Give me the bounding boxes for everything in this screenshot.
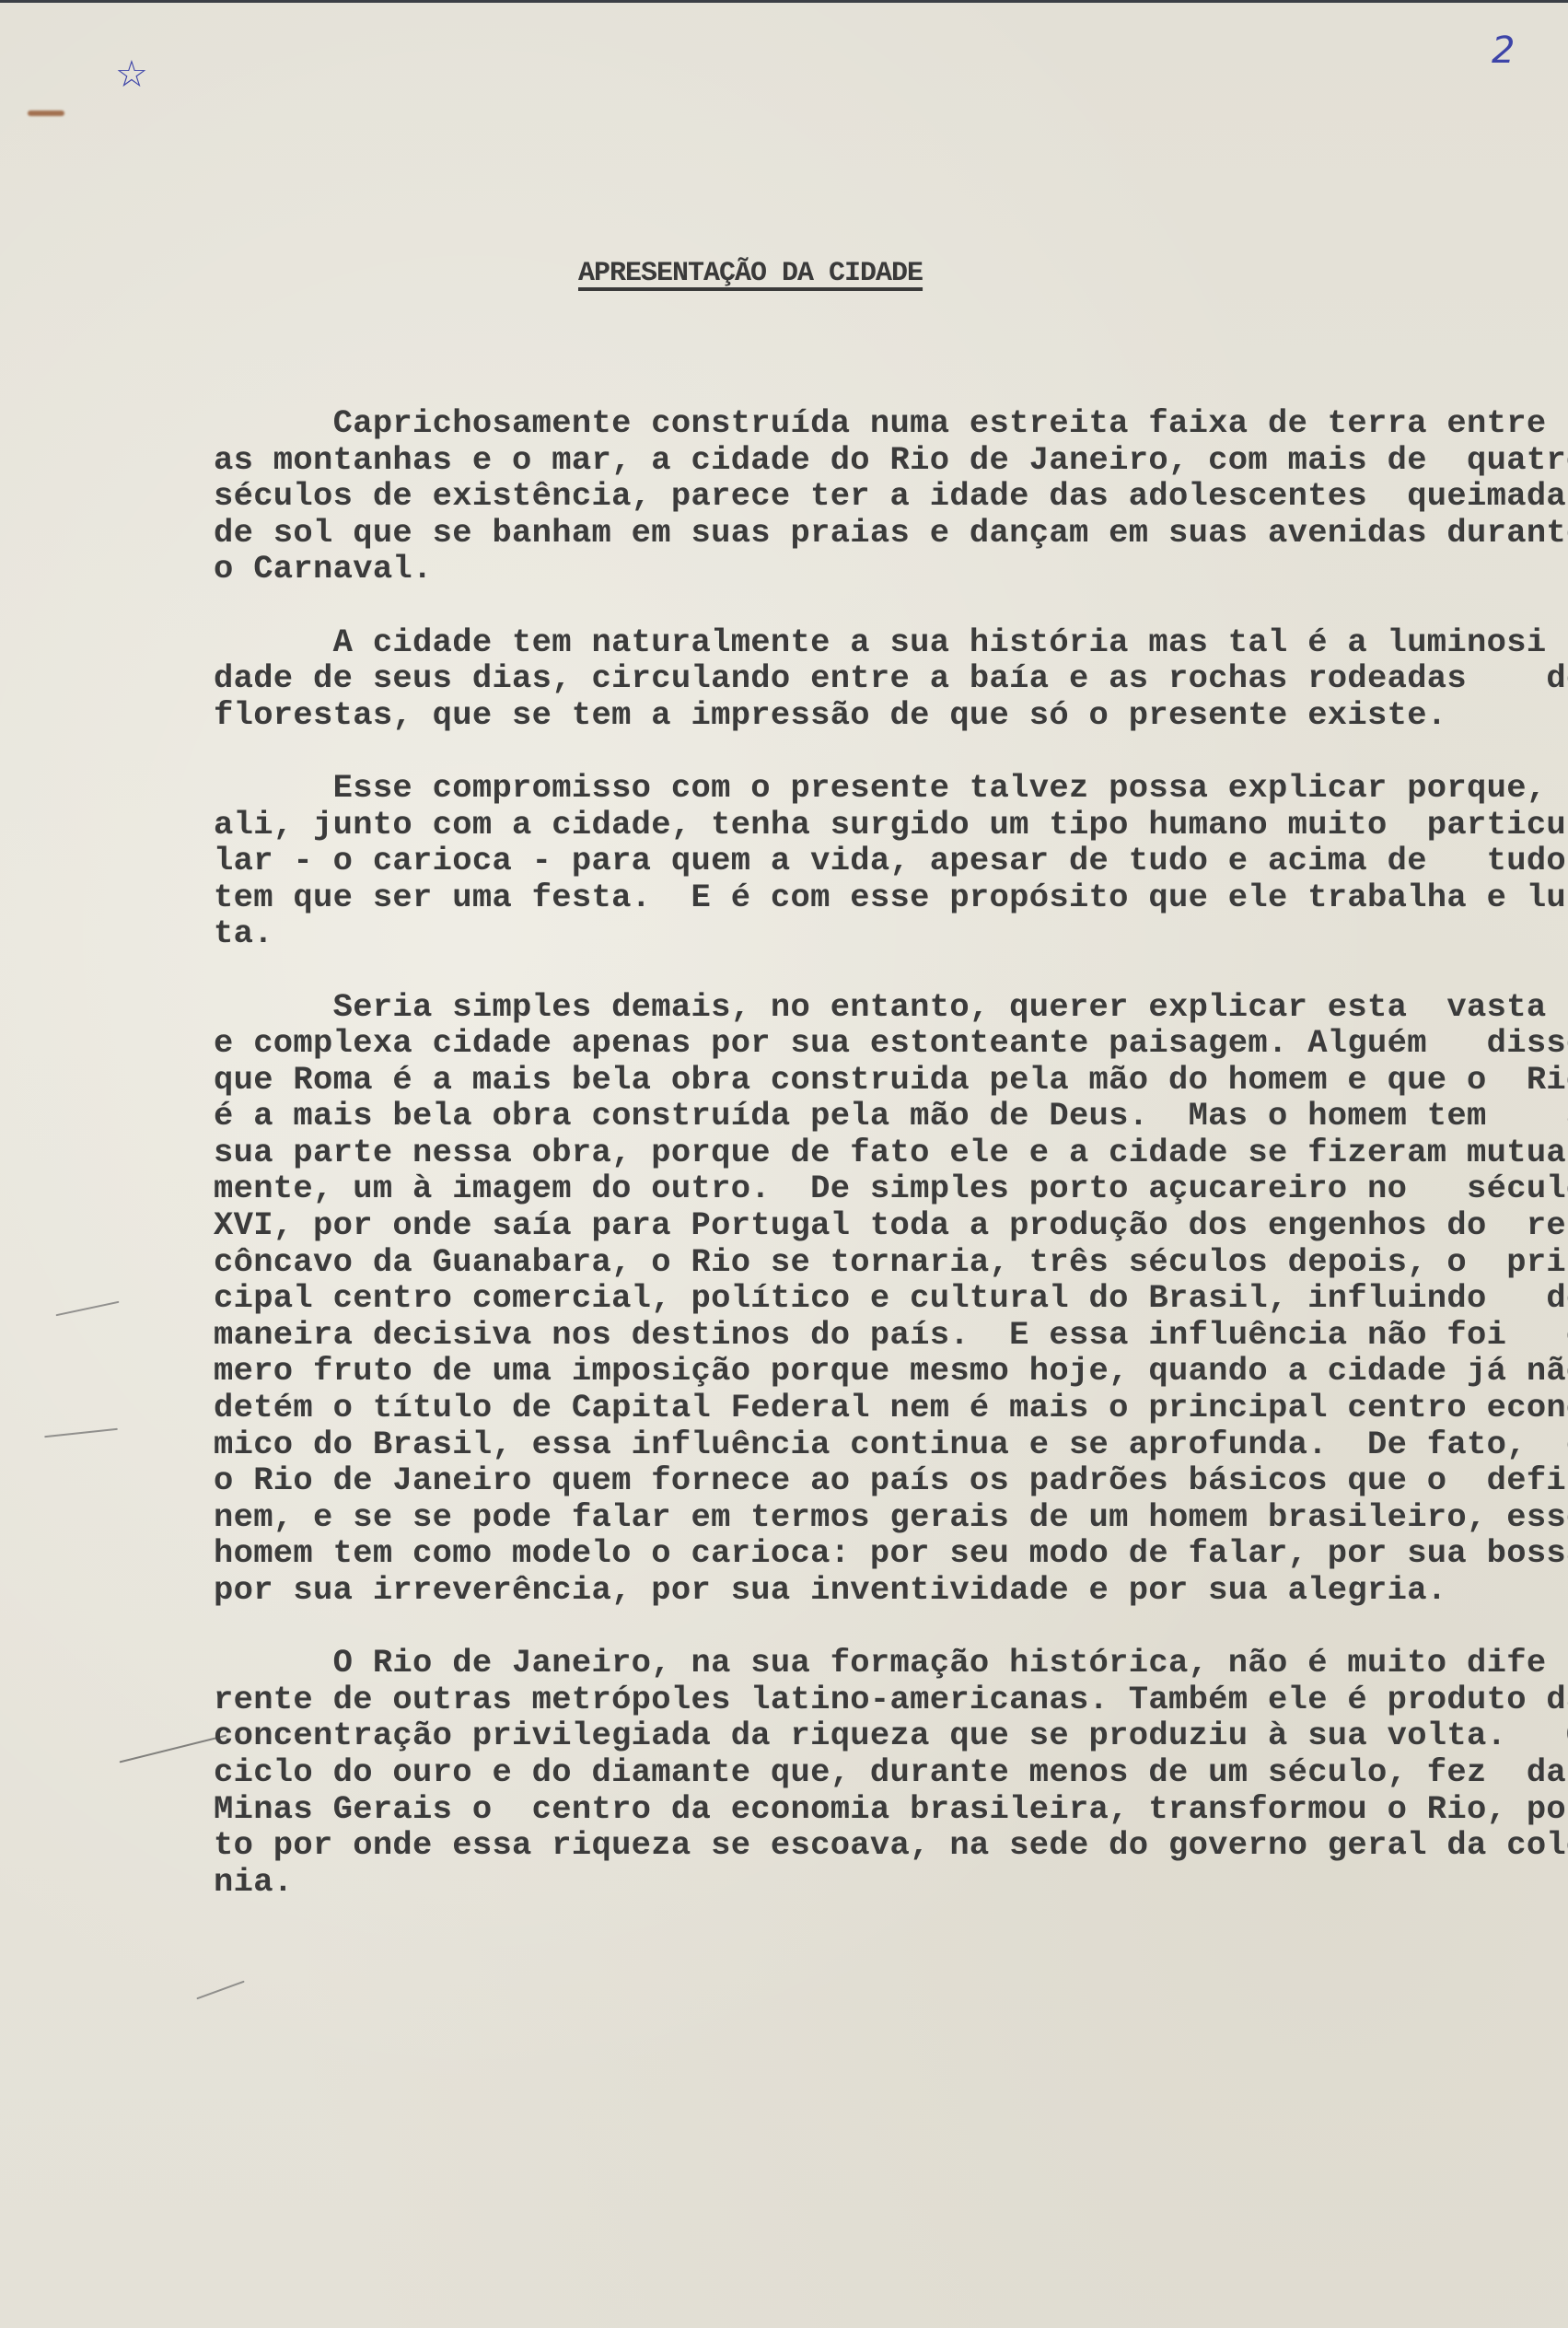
paragraph: O Rio de Janeiro, na sua formação histór… [214,1645,1484,1900]
text-line: detém o título de Capital Federal nem é … [214,1390,1484,1426]
rust-stain [28,111,64,116]
text-line: ali, junto com a cidade, tenha surgido u… [214,807,1484,844]
text-line: lar - o carioca - para quem a vida, apes… [214,843,1484,879]
paragraph: Esse compromisso com o presente talvez p… [214,770,1484,952]
text-line: nem, e se se pode falar em termos gerais… [214,1499,1484,1536]
text-line: o Rio de Janeiro quem fornece ao país os… [214,1462,1484,1499]
text-line: mente, um à imagem do outro. De simples … [214,1170,1484,1207]
handwritten-star-icon: ☆ [115,53,148,96]
handwritten-page-number: 2 [1492,29,1515,72]
text-line: Caprichosamente construída numa estreita… [214,405,1484,442]
text-line: mico do Brasil, essa influência continua… [214,1426,1484,1463]
paragraph: Seria simples demais, no entanto, querer… [214,989,1484,1609]
text-line: homem tem como modelo o carioca: por seu… [214,1535,1484,1572]
text-line: que Roma é a mais bela obra construida p… [214,1062,1484,1099]
text-line: ta. [214,915,1484,952]
text-line: nia. [214,1864,1484,1901]
scan-top-edge [0,0,1568,3]
text-line: côncavo da Guanabara, o Rio se tornaria,… [214,1244,1484,1281]
text-line: o Carnaval. [214,551,1484,588]
text-line: e complexa cidade apenas por sua estonte… [214,1025,1484,1062]
document-title: APRESENTAÇÃO DA CIDADE [578,258,923,289]
paragraph: A cidade tem naturalmente a sua história… [214,624,1484,734]
text-line: ciclo do ouro e do diamante que, durante… [214,1754,1484,1791]
text-line: de sol que se banham em suas praias e da… [214,515,1484,552]
text-line: sua parte nessa obra, porque de fato ele… [214,1135,1484,1171]
text-line: cipal centro comercial, político e cultu… [214,1280,1484,1317]
text-line: to por onde essa riqueza se escoava, na … [214,1827,1484,1864]
text-line: A cidade tem naturalmente a sua história… [214,624,1484,661]
text-line: florestas, que se tem a impressão de que… [214,697,1484,734]
text-line: é a mais bela obra construída pela mão d… [214,1098,1484,1135]
text-line: Seria simples demais, no entanto, querer… [214,989,1484,1026]
text-line: concentração privilegiada da riqueza que… [214,1717,1484,1754]
text-line: maneira decisiva nos destinos do país. E… [214,1317,1484,1354]
text-line: XVI, por onde saía para Portugal toda a … [214,1207,1484,1244]
text-line: mero fruto de uma imposição porque mesmo… [214,1353,1484,1390]
text-line: dade de seus dias, circulando entre a ba… [214,660,1484,697]
text-line: tem que ser uma festa. E é com esse prop… [214,879,1484,916]
text-line: séculos de existência, parece ter a idad… [214,478,1484,515]
text-line: O Rio de Janeiro, na sua formação histór… [214,1645,1484,1682]
text-line: rente de outras metrópoles latino-americ… [214,1682,1484,1718]
text-line: Minas Gerais o centro da economia brasil… [214,1791,1484,1828]
text-line: Esse compromisso com o presente talvez p… [214,770,1484,807]
text-line: as montanhas e o mar, a cidade do Rio de… [214,442,1484,479]
paragraph: Caprichosamente construída numa estreita… [214,405,1484,588]
document-body: Caprichosamente construída numa estreita… [214,405,1484,1937]
text-line: por sua irreverência, por sua inventivid… [214,1572,1484,1609]
